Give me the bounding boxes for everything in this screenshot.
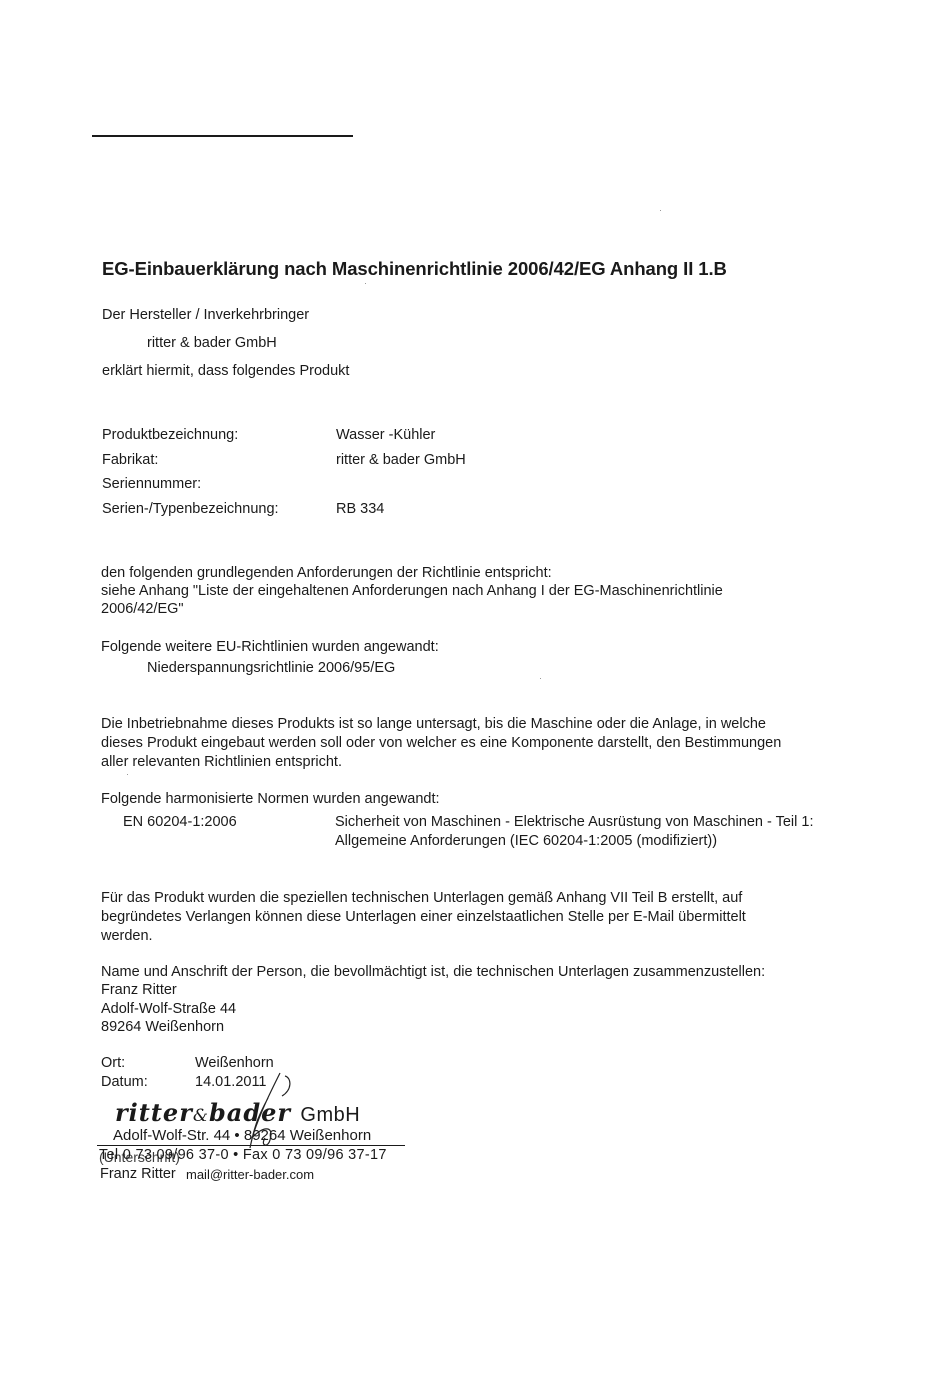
authorized-person-street: Adolf-Wolf-Straße 44	[101, 1000, 236, 1019]
serial-label: Seriennummer:	[102, 475, 201, 494]
manufacturer-name: ritter & bader GmbH	[147, 334, 277, 353]
type-label: Serien-/Typenbezeichnung:	[102, 500, 279, 519]
document-title: EG-Einbauerklärung nach Maschinenrichtli…	[102, 258, 727, 280]
authorized-person-heading: Name und Anschrift der Person, die bevol…	[101, 963, 765, 982]
top-rule	[92, 135, 353, 137]
date-label: Datum:	[101, 1073, 148, 1092]
requirements-line: den folgenden grundlegenden Anforderunge…	[101, 564, 552, 583]
standard-description: Sicherheit von Maschinen - Elektrische A…	[335, 813, 813, 832]
intro-line: Der Hersteller / Inverkehrbringer	[102, 306, 309, 325]
scan-speck	[660, 210, 661, 211]
commissioning-line: dieses Produkt eingebaut werden soll ode…	[101, 734, 781, 753]
product-label: Produktbezeichnung:	[102, 426, 238, 445]
product-value: Wasser -Kühler	[336, 426, 435, 445]
scan-speck	[365, 283, 366, 284]
type-value: RB 334	[336, 500, 384, 519]
stamp-ampersand: &	[193, 1106, 209, 1126]
standards-heading: Folgende harmonisierte Normen wurden ang…	[101, 790, 440, 809]
place-label: Ort:	[101, 1054, 125, 1073]
requirements-line: 2006/42/EG"	[101, 600, 184, 619]
standard-description: Allgemeine Anforderungen (IEC 60204-1:20…	[335, 832, 717, 851]
stamp-brand-name: ritter	[115, 1098, 193, 1127]
make-value: ritter & bader GmbH	[336, 451, 466, 470]
scan-speck	[127, 774, 128, 775]
stamp-email: mail@ritter-bader.com	[186, 1167, 314, 1182]
standard-code: EN 60204-1:2006	[123, 813, 237, 832]
intro-declaration: erklärt hiermit, dass folgendes Produkt	[102, 362, 349, 381]
signer-name: Franz Ritter	[100, 1165, 176, 1184]
commissioning-line: aller relevanten Richtlinien entspricht.	[101, 753, 342, 772]
technical-docs-line: Für das Produkt wurden die speziellen te…	[101, 889, 742, 908]
authorized-person-name: Franz Ritter	[101, 981, 177, 1000]
technical-docs-line: begründetes Verlangen können diese Unter…	[101, 908, 746, 927]
stamp-suffix: GmbH	[300, 1104, 360, 1126]
technical-docs-line: werden.	[101, 927, 153, 946]
commissioning-line: Die Inbetriebnahme dieses Produkts ist s…	[101, 715, 766, 734]
further-directives-heading: Folgende weitere EU-Richtlinien wurden a…	[101, 638, 439, 657]
handwritten-signature-icon	[230, 1068, 300, 1158]
requirements-line: siehe Anhang "Liste der eingehaltenen An…	[101, 582, 723, 601]
authorized-person-city: 89264 Weißenhorn	[101, 1018, 224, 1037]
scan-speck	[540, 678, 541, 679]
further-directive-item: Niederspannungsrichtlinie 2006/95/EG	[147, 659, 395, 678]
make-label: Fabrikat:	[102, 451, 158, 470]
signature-caption: (Unterschrift)	[99, 1148, 180, 1167]
